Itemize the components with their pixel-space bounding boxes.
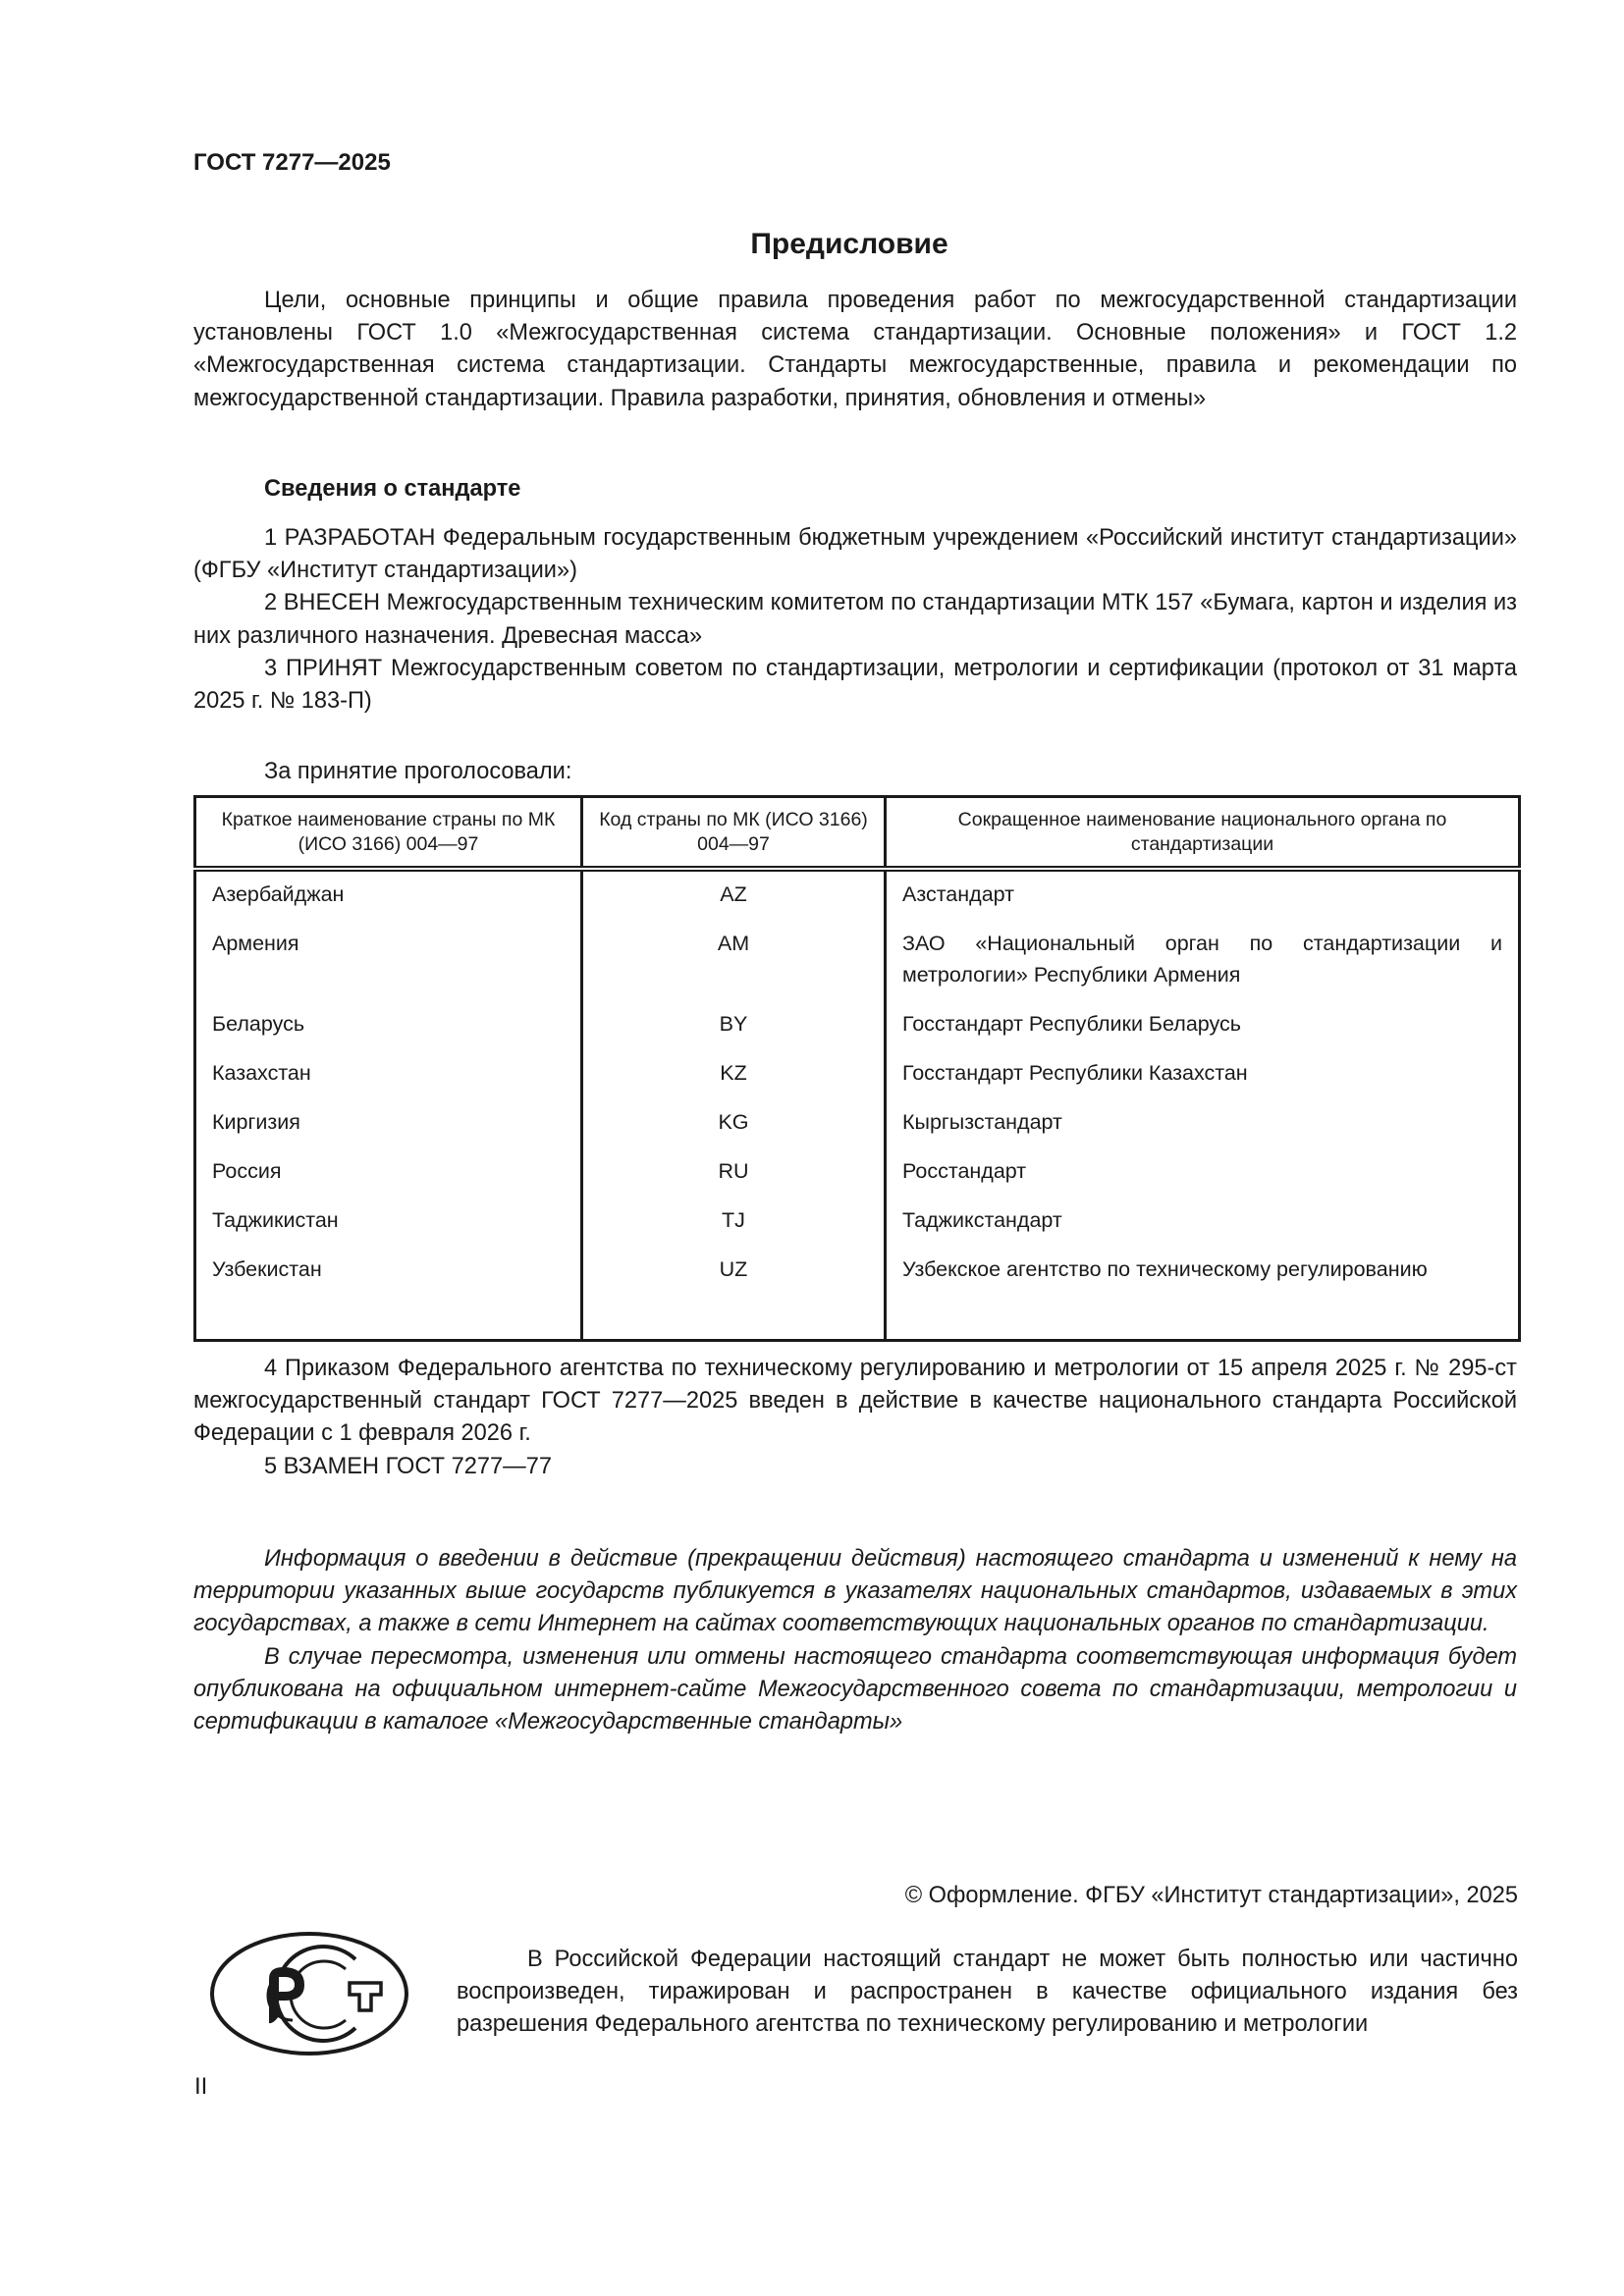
notice-paragraph: Информация о введении в действие (прекра…	[193, 1543, 1517, 1641]
code-cell: AM	[582, 921, 886, 1001]
table-row: Армения AM ЗАО «Национальный орган по ст…	[195, 921, 1520, 1001]
code-cell: BY	[582, 1001, 886, 1050]
body-cell: Таджикстандарт	[886, 1198, 1520, 1247]
voted-label-block: За принятие проголосовали:	[193, 756, 1517, 788]
voting-table: Краткое наименование страны по МК (ИСО 3…	[193, 795, 1521, 1342]
info-item: 3 ПРИНЯТ Межгосударственным советом по с…	[193, 653, 1517, 718]
body-cell: Узбекское агентство по техническому регу…	[886, 1247, 1520, 1341]
rst-certification-mark-icon	[208, 1930, 410, 2057]
code-cell: KG	[582, 1099, 886, 1148]
table-row: Азербайджан AZ Азстандарт	[195, 869, 1520, 921]
standard-info-heading-block: Сведения о стандарте	[193, 473, 1517, 506]
intro-paragraph: Цели, основные принципы и общие правила …	[193, 285, 1517, 415]
code-cell: UZ	[582, 1247, 886, 1341]
body-cell: Госстандарт Республики Беларусь	[886, 1001, 1520, 1050]
code-cell: KZ	[582, 1050, 886, 1099]
page-number: II	[194, 2073, 207, 2101]
table-row: Узбекистан UZ Узбекское агентство по тех…	[195, 1247, 1520, 1341]
body-cell: ЗАО «Национальный орган по стандартизаци…	[886, 921, 1520, 1001]
country-cell: Россия	[195, 1148, 582, 1198]
header-country: Краткое наименование страны по МК (ИСО 3…	[195, 797, 582, 870]
country-cell: Армения	[195, 921, 582, 1001]
table-row: Таджикистан TJ Таджикстандарт	[195, 1198, 1520, 1247]
voted-label: За принятие проголосовали:	[193, 756, 1517, 788]
country-cell: Беларусь	[195, 1001, 582, 1050]
table-header-row: Краткое наименование страны по МК (ИСО 3…	[195, 797, 1520, 870]
code-cell: RU	[582, 1148, 886, 1198]
publication-notice: Информация о введении в действие (прекра…	[193, 1543, 1517, 1738]
country-cell: Узбекистан	[195, 1247, 582, 1341]
standard-info-heading: Сведения о стандарте	[193, 473, 1517, 506]
document-code: ГОСТ 7277—2025	[193, 149, 391, 177]
reproduction-notice: В Российской Федерации настоящий стандар…	[457, 1944, 1518, 2042]
header-body: Сокращенное наименование национального о…	[886, 797, 1520, 870]
body-cell: Госстандарт Республики Казахстан	[886, 1050, 1520, 1099]
header-code: Код страны по МК (ИСО 3166) 004—97	[582, 797, 886, 870]
country-cell: Азербайджан	[195, 869, 582, 921]
info-item: 5 ВЗАМЕН ГОСТ 7277—77	[193, 1451, 1517, 1483]
standard-info-items: 1 РАЗРАБОТАН Федеральным государственным…	[193, 522, 1517, 718]
table-row: Россия RU Росстандарт	[195, 1148, 1520, 1198]
standard-info-items-continued: 4 Приказом Федерального агентства по тех…	[193, 1353, 1517, 1483]
code-cell: TJ	[582, 1198, 886, 1247]
notice-paragraph: В случае пересмотра, изменения или отмен…	[193, 1641, 1517, 1739]
page-title: Предисловие	[0, 228, 1624, 261]
intro-text: Цели, основные принципы и общие правила …	[193, 285, 1517, 415]
reproduction-text: В Российской Федерации настоящий стандар…	[457, 1944, 1518, 2042]
code-cell: AZ	[582, 869, 886, 921]
body-cell: Кыргызстандарт	[886, 1099, 1520, 1148]
country-cell: Таджикистан	[195, 1198, 582, 1247]
table-row: Казахстан KZ Госстандарт Республики Каза…	[195, 1050, 1520, 1099]
table-row: Киргизия KG Кыргызстандарт	[195, 1099, 1520, 1148]
info-item: 2 ВНЕСЕН Межгосударственным техническим …	[193, 587, 1517, 652]
info-item: 4 Приказом Федерального агентства по тех…	[193, 1353, 1517, 1451]
info-item: 1 РАЗРАБОТАН Федеральным государственным…	[193, 522, 1517, 587]
body-cell: Росстандарт	[886, 1148, 1520, 1198]
country-cell: Киргизия	[195, 1099, 582, 1148]
country-cell: Казахстан	[195, 1050, 582, 1099]
body-cell: Азстандарт	[886, 869, 1520, 921]
copyright-line: © Оформление. ФГБУ «Институт стандартиза…	[905, 1883, 1518, 1909]
table-row: Беларусь BY Госстандарт Республики Белар…	[195, 1001, 1520, 1050]
